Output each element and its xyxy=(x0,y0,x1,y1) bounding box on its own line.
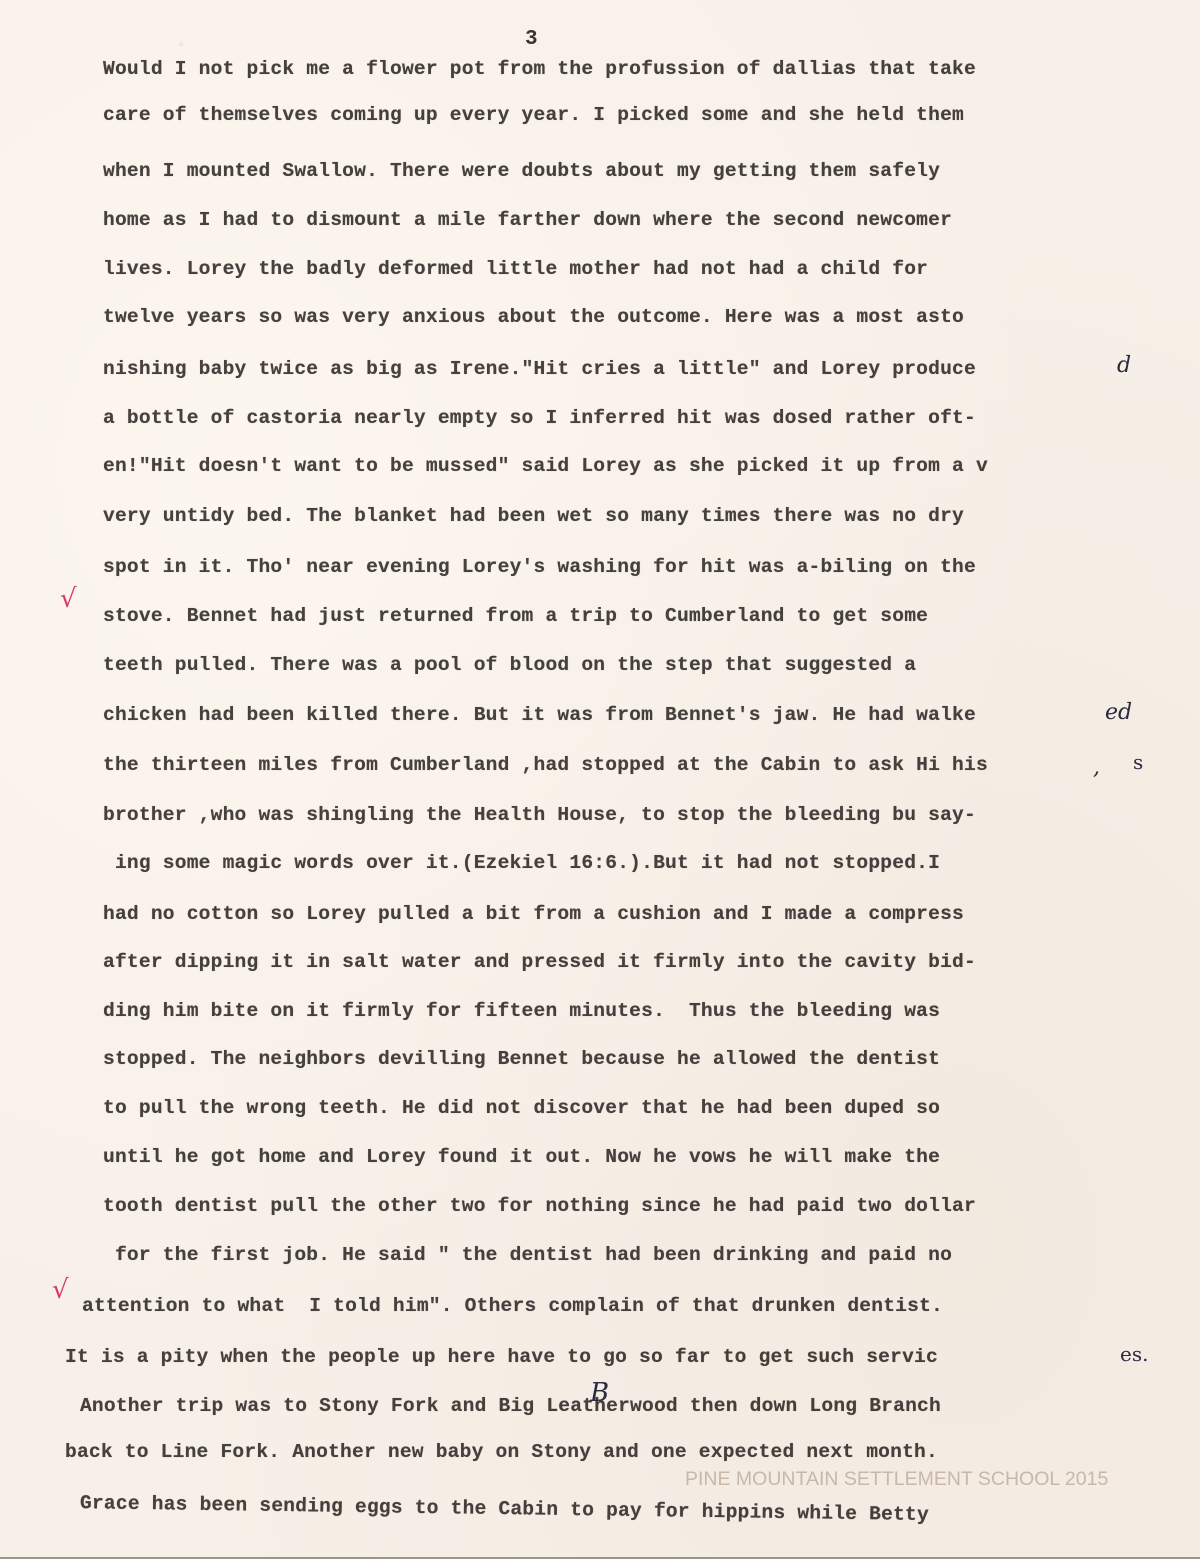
text-line-11: spot in it. Tho' near evening Lorey's wa… xyxy=(103,556,976,578)
text-line-26: attention to what I told him". Others co… xyxy=(60,1295,943,1317)
text-line-15: the thirteen miles from Cumberland ,had … xyxy=(103,754,988,776)
text-line-7: nishing baby twice as big as Irene."Hit … xyxy=(103,358,976,380)
text-line-27: It is a pity when the people up here hav… xyxy=(65,1346,938,1368)
text-line-30: Grace has been sending eggs to the Cabin… xyxy=(68,1492,929,1526)
handwritten-correction: d xyxy=(1117,353,1131,378)
text-line-1: Would I not pick me a flower pot from th… xyxy=(103,58,976,80)
text-line-4: home as I had to dismount a mile farther… xyxy=(103,209,952,231)
text-line-13: teeth pulled. There was a pool of blood … xyxy=(103,654,916,676)
text-line-25: for the first job. He said " the dentist… xyxy=(103,1244,952,1266)
text-line-12: stove. Bennet had just returned from a t… xyxy=(103,605,928,627)
check-mark-icon: √ xyxy=(60,584,77,614)
text-line-6: twelve years so was very anxious about t… xyxy=(103,306,964,328)
archive-watermark: PINE MOUNTAIN SETTLEMENT SCHOOL 2015 xyxy=(685,1468,1108,1491)
text-line-19: after dipping it in salt water and press… xyxy=(103,951,976,973)
handwritten-correction: es. xyxy=(1120,1342,1148,1366)
text-line-9: en!"Hit doesn't want to be mussed" said … xyxy=(103,455,988,477)
check-mark-icon: √ xyxy=(52,1275,69,1305)
text-line-2: care of themselves coming up every year.… xyxy=(103,104,964,126)
text-line-21: stopped. The neighbors devilling Bennet … xyxy=(103,1048,940,1070)
text-line-16: brother ,who was shingling the Health Ho… xyxy=(103,804,976,826)
handwritten-correction: ed xyxy=(1105,700,1132,725)
text-line-10: very untidy bed. The blanket had been we… xyxy=(103,505,964,527)
handwritten-correction: , xyxy=(1093,755,1100,780)
handwritten-correction: s xyxy=(1133,750,1143,774)
text-line-28: Another trip was to Stony Fork and Big L… xyxy=(68,1395,941,1417)
text-line-20: ding him bite on it firmly for fifteen m… xyxy=(103,1000,940,1022)
text-line-29: back to Line Fork. Another new baby on S… xyxy=(65,1441,938,1463)
text-line-22: to pull the wrong teeth. He did not disc… xyxy=(103,1097,940,1119)
text-line-18: had no cotton so Lorey pulled a bit from… xyxy=(103,903,964,925)
text-line-3: when I mounted Swallow. There were doubt… xyxy=(103,160,940,182)
text-line-14: chicken had been killed there. But it wa… xyxy=(103,704,976,726)
text-line-5: lives. Lorey the badly deformed little m… xyxy=(103,258,928,280)
typewritten-page: ◦ 3 Would I not pick me a flower pot fro… xyxy=(0,0,1200,1559)
text-line-24: tooth dentist pull the other two for not… xyxy=(103,1195,976,1217)
text-line-8: a bottle of castoria nearly empty so I i… xyxy=(103,407,976,429)
handwritten-correction: B xyxy=(590,1378,609,1408)
page-number: 3 xyxy=(525,28,538,51)
text-line-17: ing some magic words over it.(Ezekiel 16… xyxy=(103,852,940,874)
text-line-23: until he got home and Lorey found it out… xyxy=(103,1146,940,1168)
paper-speck: ◦ xyxy=(178,40,184,51)
